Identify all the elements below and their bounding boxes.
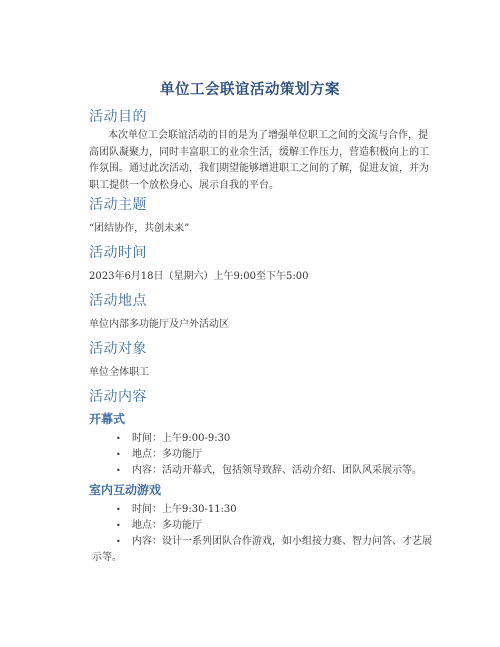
bullet-icon: • xyxy=(116,521,132,530)
list-item: •地点：多功能厅 xyxy=(116,516,202,531)
location-text: 单位内部多功能厅及户外活动区 xyxy=(89,315,229,330)
subheading-opening: 开幕式 xyxy=(89,410,125,427)
list-item: •内容：设计一系列团队合作游戏，如小组接力赛、智力问答、才艺展 xyxy=(116,532,432,547)
bullet-icon: • xyxy=(116,537,132,546)
heading-time: 活动时间 xyxy=(89,242,147,262)
bullet-icon: • xyxy=(116,434,132,443)
subheading-indoor-games: 室内互动游戏 xyxy=(89,481,161,498)
bullet-icon: • xyxy=(116,505,132,514)
heading-content: 活动内容 xyxy=(89,386,147,406)
list-item: •地点：多功能厅 xyxy=(116,445,202,460)
list-item: •时间：上午9:30-11:30 xyxy=(116,500,237,515)
list-item: •内容：活动开幕式，包括领导致辞、活动介绍、团队风采展示等。 xyxy=(116,461,422,476)
time-text: 2023年6月18日（星期六）上午9:00至下午5:00 xyxy=(89,267,308,282)
heading-audience: 活动对象 xyxy=(89,338,147,358)
document-page: 单位工会联谊活动策划方案 活动目的 本次单位工会联谊活动的目的是为了增强单位职工… xyxy=(0,0,500,647)
list-item: •时间：上午9:00-9:30 xyxy=(116,429,230,444)
bullet-icon: • xyxy=(116,466,132,475)
theme-text: “团结协作，共创未来” xyxy=(89,219,189,234)
audience-text: 单位全体职工 xyxy=(89,363,149,378)
document-title: 单位工会联谊活动策划方案 xyxy=(0,78,500,99)
list-item-wrap: 示等。 xyxy=(92,548,122,563)
heading-purpose: 活动目的 xyxy=(89,106,147,126)
heading-location: 活动地点 xyxy=(89,290,147,310)
bullet-icon: • xyxy=(116,450,132,459)
purpose-paragraph: 本次单位工会联谊活动的目的是为了增强单位职工之间的交流与合作，提高团队凝聚力，同… xyxy=(89,128,434,194)
heading-theme: 活动主题 xyxy=(89,194,147,214)
